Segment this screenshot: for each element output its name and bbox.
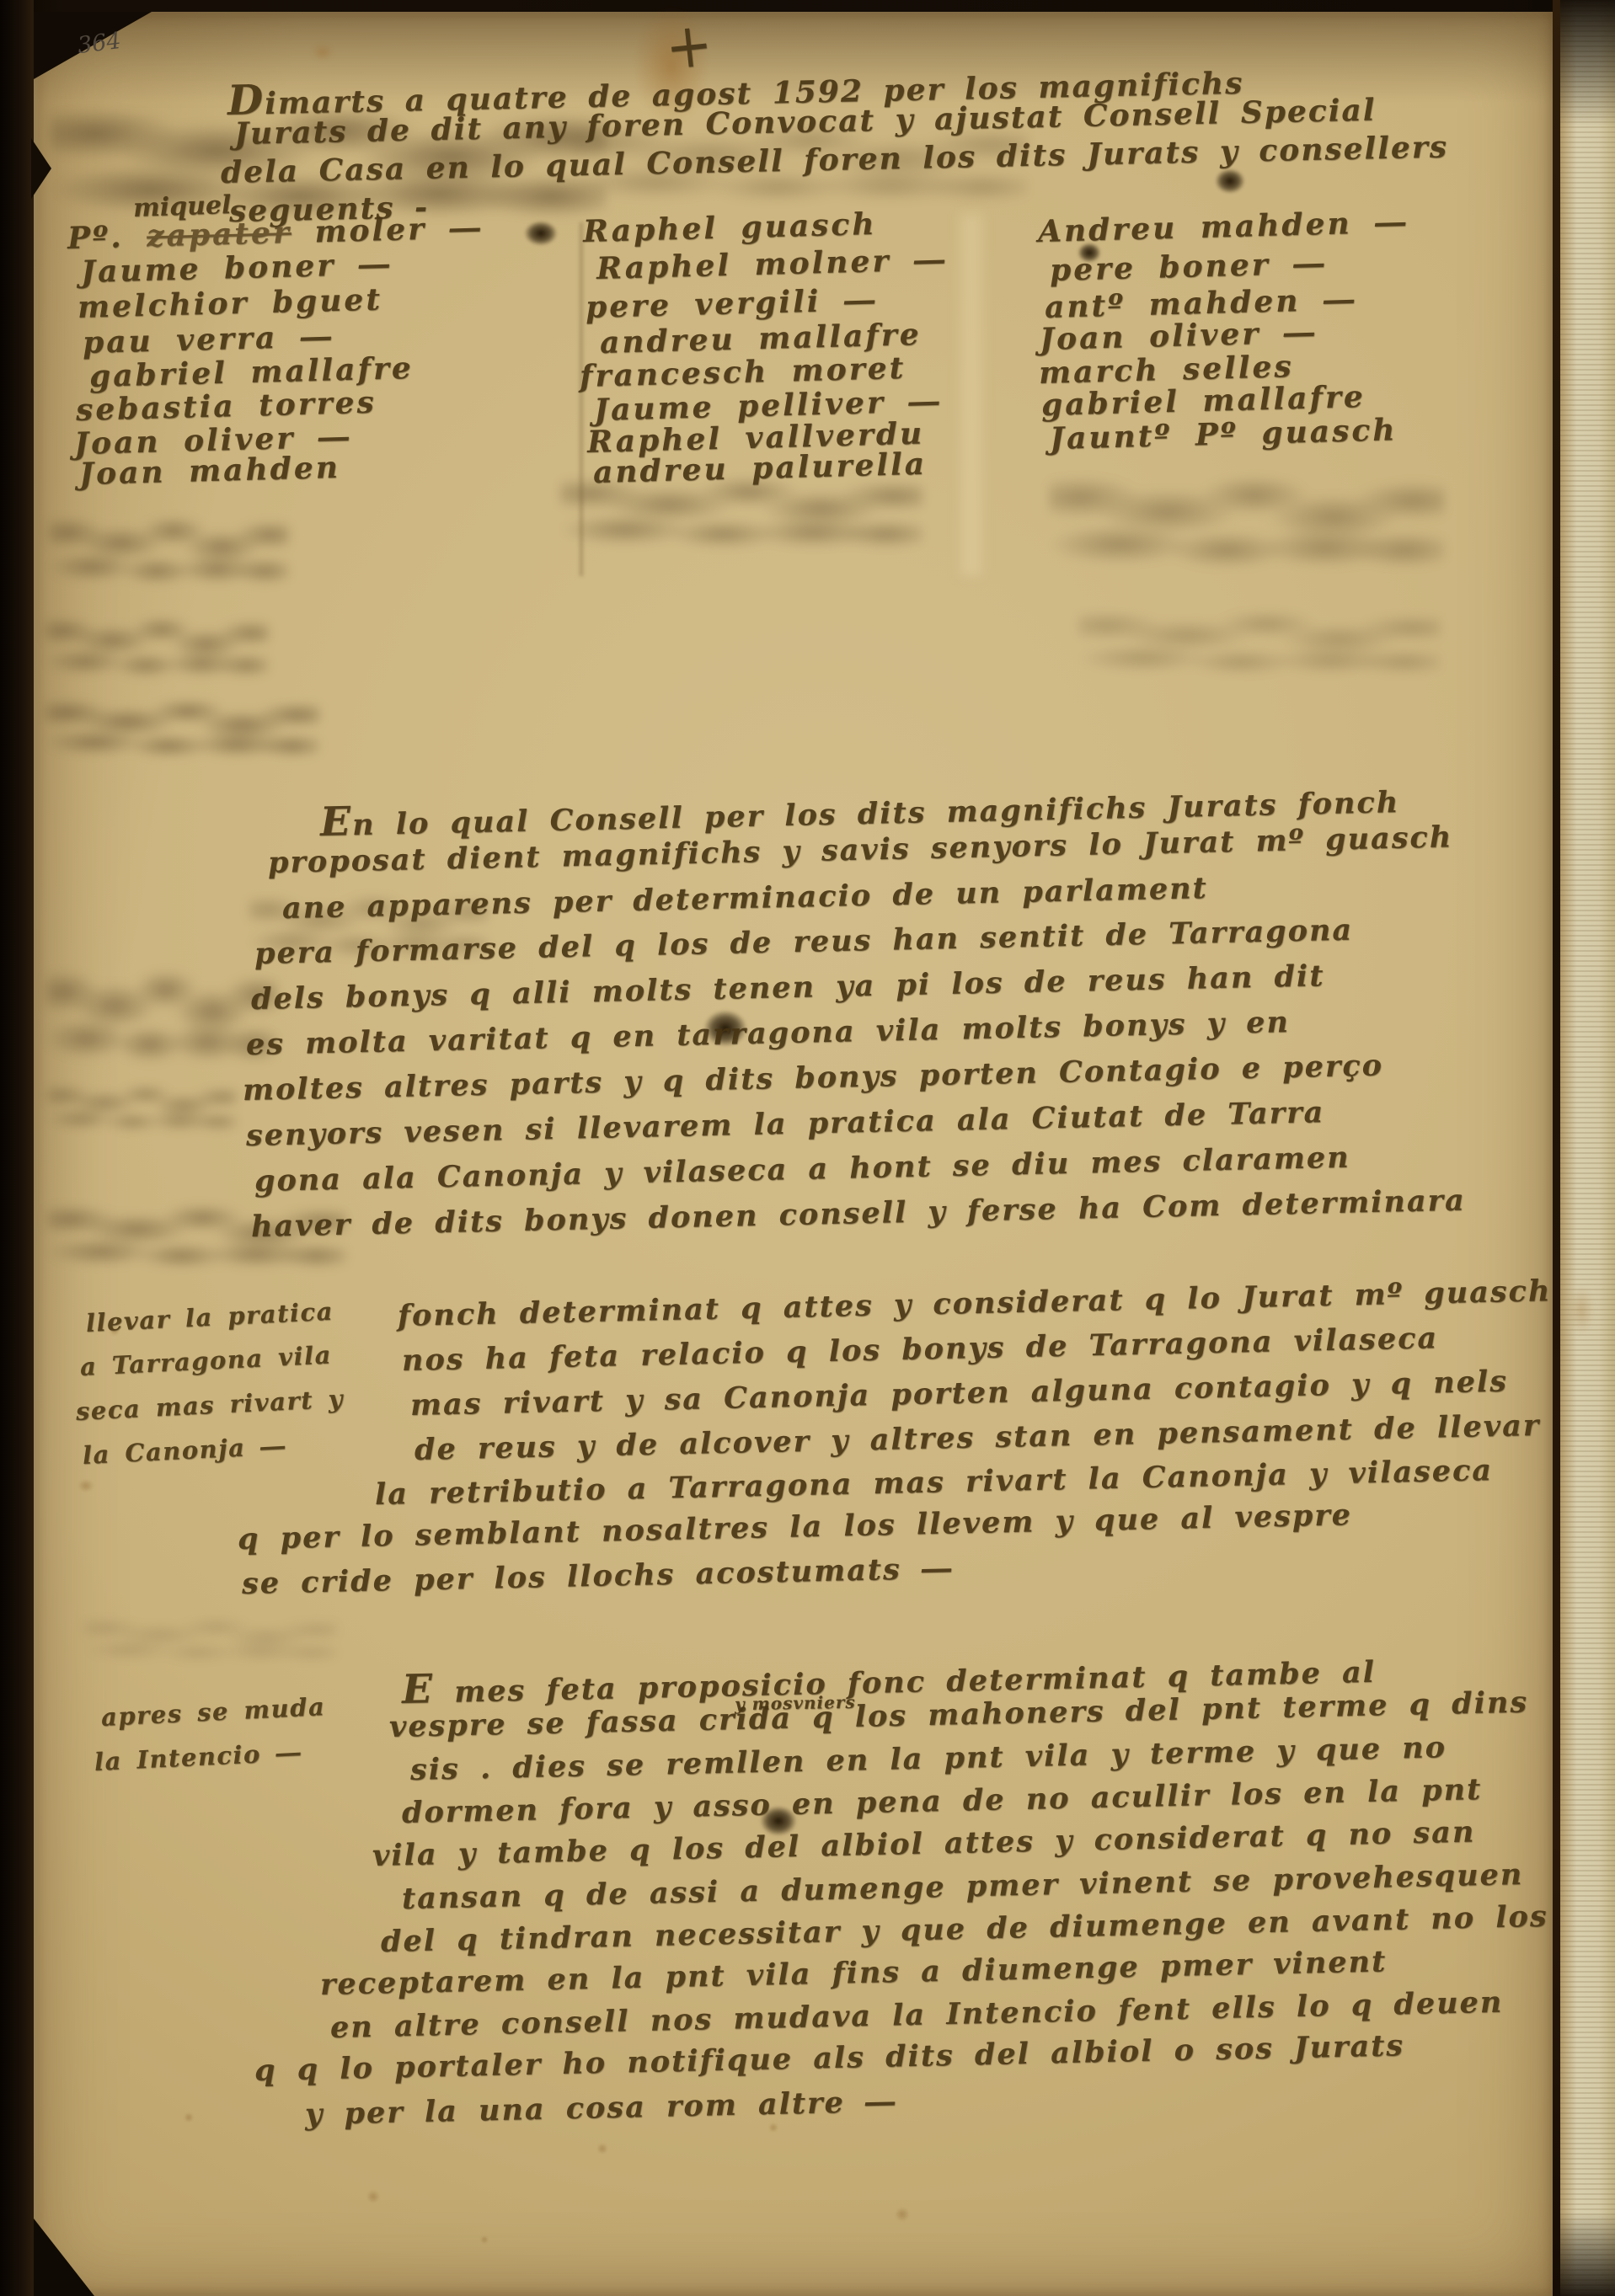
foxing-spot xyxy=(895,2207,910,2222)
attendee-name: Raphel guasch xyxy=(582,206,877,249)
fold-highlight xyxy=(960,214,982,576)
bleedthrough-smudge xyxy=(1049,462,1445,572)
margin-note-line: llevar la pratica xyxy=(85,1297,334,1338)
bleedthrough-smudge xyxy=(49,507,289,587)
bleedthrough-smudge xyxy=(47,1078,237,1133)
paragraph-line: se cride per los llochs acostumats ― xyxy=(242,1551,954,1601)
attendee-struck-name: zapater xyxy=(147,215,292,254)
attendee-name: melchior bguet xyxy=(77,282,382,325)
rust-stain xyxy=(312,44,334,61)
attendee-name: Joan mahden xyxy=(78,450,340,492)
margin-note-line: la Canonja ― xyxy=(82,1431,286,1470)
foxing-spot xyxy=(480,2235,489,2244)
rust-stain xyxy=(1569,1285,1594,1336)
foxing-spot xyxy=(768,2122,778,2133)
page-edge-nick xyxy=(31,138,51,199)
paragraph-line: y per la una cosa rom altre ― xyxy=(305,2085,897,2132)
manuscript-scan: + Dimarts a quatre de agost 1592 per los… xyxy=(0,0,1615,2296)
fold-crease xyxy=(580,222,583,576)
adjacent-page-edge xyxy=(1560,0,1615,2296)
page-corner-tear xyxy=(34,2219,94,2296)
gutter-shadow xyxy=(1553,0,1560,2296)
margin-note-line: seca mas rivart y xyxy=(75,1384,345,1426)
foxing-spot xyxy=(366,2190,380,2203)
attendee-name: pere boner ― xyxy=(1049,245,1326,288)
parchment-page: + Dimarts a quatre de agost 1592 per los… xyxy=(34,12,1553,2296)
foxing-spot xyxy=(596,2143,608,2155)
margin-note-line: la Intencio ― xyxy=(94,1738,302,1776)
attendee-name: Raphel molner ― xyxy=(596,242,947,286)
ink-blot xyxy=(524,221,558,246)
bleedthrough-smudge xyxy=(45,691,319,760)
margin-note-line: a Tarragona vila xyxy=(79,1340,332,1381)
bleedthrough-smudge xyxy=(45,957,277,1066)
bleedthrough-smudge xyxy=(1078,601,1441,677)
foxing-spot xyxy=(184,2112,194,2122)
folio-number: 364 xyxy=(76,28,122,59)
margin-note-line: apres se muda xyxy=(100,1692,326,1732)
paragraph-line: ane apparens per determinacio de un parl… xyxy=(282,871,1209,926)
attendee-name-suffix: moler ― xyxy=(314,210,483,249)
bleedthrough-smudge xyxy=(45,608,269,680)
bleedthrough-smudge xyxy=(84,1612,337,1663)
ink-blot xyxy=(1215,168,1245,194)
book-binding xyxy=(0,0,34,2296)
attendee-name-prefix: Pº. xyxy=(67,219,124,256)
attendee-name: Andreu mahden ― xyxy=(1037,205,1408,249)
foxing-spot xyxy=(78,1479,94,1492)
